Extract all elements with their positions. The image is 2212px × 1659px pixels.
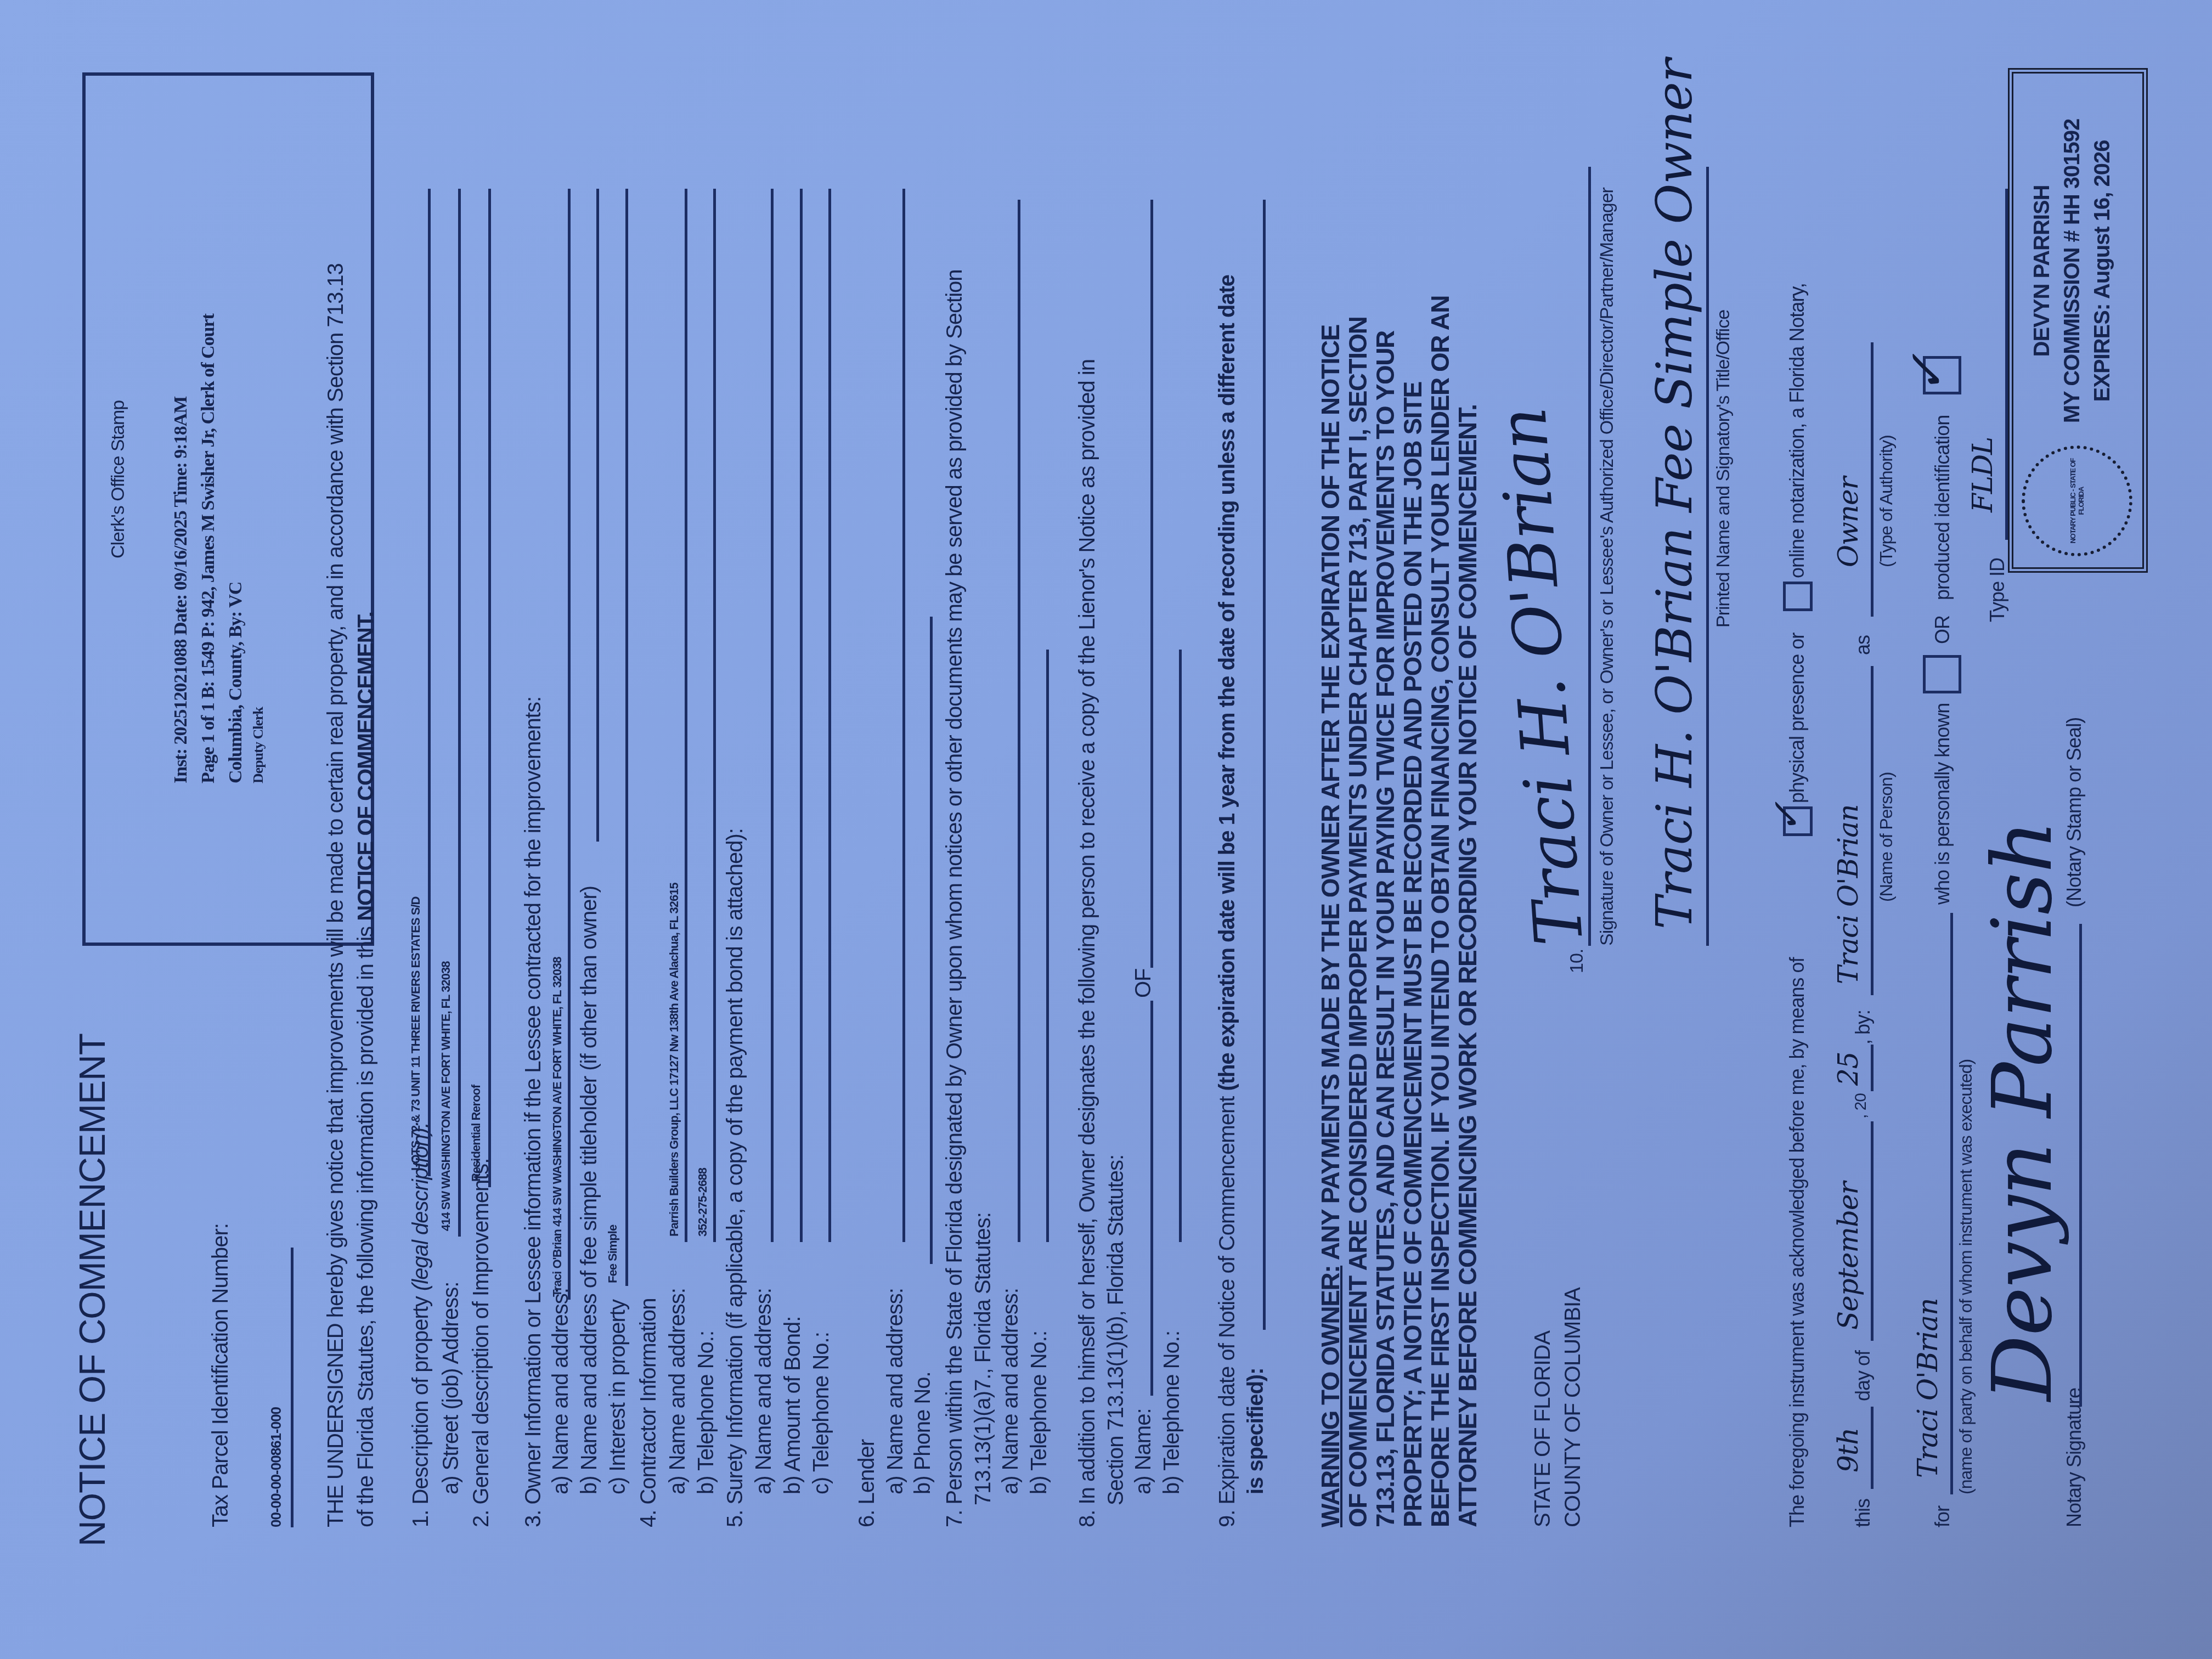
party-caption: (name of party on behalf of whom instrum… xyxy=(1956,1059,1976,1494)
clerk-stamp-heading: Clerk's Office Stamp xyxy=(108,400,129,558)
clerk-stamp-line3: Columbia, County, By: VC xyxy=(225,582,246,783)
s4b-underline xyxy=(713,189,716,1242)
printed-name-handwritten: Traci H. O'Brian Fee Simple Owner xyxy=(1646,59,1703,929)
s4a-underline xyxy=(685,189,687,1242)
s5c-underline xyxy=(828,189,831,1242)
clerk-stamp-line2: Page 1 of 1 B: 1549 P: 942, James M Swis… xyxy=(198,314,219,783)
this-label: this xyxy=(1852,1499,1875,1527)
year-value: 25 xyxy=(1832,1052,1864,1086)
document-title-upright: NOTICE OF COMMENCEMENT xyxy=(71,1034,113,1547)
personally-known-label: who is personally known xyxy=(1931,703,1954,905)
s7-label-2: 713.13(1)(a)7., Florida Statutes: xyxy=(971,1212,996,1505)
s8a-label: a) Name: xyxy=(1131,1409,1156,1495)
owner-signature: Traci H. O'Brian xyxy=(1485,405,1598,948)
notary-ack-text: The foregoing instrument was acknowledge… xyxy=(1786,957,1809,1527)
s2-value: Residential Reroof xyxy=(469,1085,483,1182)
party-underline xyxy=(1950,913,1953,1494)
for-label: for xyxy=(1931,1506,1954,1527)
s6b-underline xyxy=(930,617,933,1264)
party-value: Traci O'Brian xyxy=(1912,1299,1944,1478)
s4a-label: a) Name and address: xyxy=(665,1288,690,1494)
s6b-label: b) Phone No. xyxy=(911,1372,935,1494)
year-underline xyxy=(1871,1045,1874,1091)
s4-label: 4. Contractor Information xyxy=(636,1299,661,1527)
tax-parcel-value: 00-00-00-00861-000 xyxy=(268,1407,285,1527)
s3b-underline xyxy=(596,189,599,842)
intro-line-2: of the Florida Statutes, the following i… xyxy=(354,612,379,1527)
s5b-label: b) Amount of Bond: xyxy=(781,1317,805,1494)
s1a-underline xyxy=(458,189,461,1237)
notary-signature-line xyxy=(2079,924,2082,1407)
s7a-label: a) Name and address: xyxy=(998,1288,1023,1494)
type-id-value: FLDL xyxy=(1967,437,1999,512)
personally-known-checkbox[interactable] xyxy=(1923,655,1961,693)
online-notarization-label: online notarization, a Florida Notary, xyxy=(1786,283,1809,578)
notary-stamp: NOTARY PUBLIC - STATE OF FLORIDA DEVYN P… xyxy=(2008,68,2148,573)
authority-value: Owner xyxy=(1832,477,1864,567)
notary-stamp-caption: (Notary Stamp or Seal) xyxy=(2063,718,2086,907)
authority-caption: (Type of Authority) xyxy=(1876,435,1897,567)
day-underline xyxy=(1871,1407,1874,1489)
s8-label-2: Section 713.13(1)(b), Florida Statutes: xyxy=(1104,1155,1128,1505)
produced-id-checkbox[interactable]: ✓ xyxy=(1923,356,1961,394)
s3a-label: a) Name and address: xyxy=(549,1288,573,1494)
state-label: STATE OF FLORIDA xyxy=(1531,1331,1555,1527)
clerk-stamp-line1: Inst: 202512021088 Date: 09/16/2025 Time… xyxy=(171,397,191,783)
notary-signature-label: Notary Signature xyxy=(2063,1388,2086,1527)
person-caption: (Name of Person) xyxy=(1876,772,1897,902)
s5a-underline xyxy=(771,189,774,1242)
s4b-label: b) Telephone No.: xyxy=(694,1331,719,1494)
s6a-underline xyxy=(902,189,905,1242)
person-underline xyxy=(1871,666,1874,995)
as-label: as xyxy=(1852,635,1875,655)
s1-underline xyxy=(428,189,431,1176)
day-value: 9th xyxy=(1832,1428,1864,1472)
printed-name-line xyxy=(1706,167,1709,946)
s5-label: 5. Surety Information (if applicable, a … xyxy=(723,828,748,1527)
s2-underline xyxy=(488,189,491,1187)
s6-label: 6. Lender xyxy=(855,1440,879,1527)
stamp-commission: MY COMMISSION # HH 301592 xyxy=(2060,101,2085,441)
stamp-name: DEVYN PARRISH xyxy=(2030,117,2055,425)
item-10-number: 10. xyxy=(1566,949,1588,973)
printed-name-caption: Printed Name and Signatory's Title/Offic… xyxy=(1713,310,1734,628)
physical-presence-label: physical presence or xyxy=(1786,633,1809,803)
s8a-of: OF xyxy=(1131,968,1156,998)
s3a-underline xyxy=(568,189,571,1300)
s8b-underline xyxy=(1179,650,1182,1242)
s5a-label: a) Name and address: xyxy=(752,1288,776,1494)
type-id-label: Type ID xyxy=(1986,558,2009,622)
intro-line-1: THE UNDERSIGNED hereby gives notice that… xyxy=(324,263,348,1527)
s3c-underline xyxy=(625,189,628,1286)
notary-signature: Devyn Parrish xyxy=(1975,821,2070,1401)
s3c-value: Fee Simple xyxy=(606,1225,620,1283)
s1a-label: a) Street (job) Address: xyxy=(439,1282,464,1494)
person-value: Traci O'Brian xyxy=(1832,805,1864,984)
s8-label-1: 8. In addition to himself or herself, Ow… xyxy=(1075,359,1100,1527)
s1a-value: 414 SW WASHINGTON AVE FORT WHITE, FL 320… xyxy=(439,962,453,1231)
s3a-value: Traci O'Brian 414 SW WASHINGTON AVE FORT… xyxy=(550,957,565,1297)
s5c-label: c) Telephone No.: xyxy=(809,1332,834,1494)
s1-value: LOTS 72 & 73 UNIT 11 THREE RIVERS ESTATE… xyxy=(409,897,423,1171)
s8b-label: b) Telephone No.: xyxy=(1160,1331,1184,1494)
s4a-value: Parrish Builders Group, LLC 17127 Nw 138… xyxy=(667,883,681,1237)
day-of-label: day of xyxy=(1852,1351,1875,1401)
county-label: COUNTY OF COLUMBIA xyxy=(1561,1288,1585,1527)
s9-label: 9. Expiration date of Notice of Commence… xyxy=(1215,275,1240,1527)
s7b-label: b) Telephone No.: xyxy=(1027,1331,1052,1494)
warning-to-owner: WARNING TO OWNER: ANY PAYMENTS MADE BY T… xyxy=(1317,293,1481,1527)
s7a-underline xyxy=(1018,200,1020,1242)
s3c-label: c) Interest in property xyxy=(606,1300,630,1494)
produced-id-label: produced identification xyxy=(1931,415,1954,600)
s4b-value: 352-275-2688 xyxy=(696,1168,710,1237)
s8a-underline-left xyxy=(1150,1001,1153,1396)
s3-label: 3. Owner Information or Lessee informati… xyxy=(521,697,546,1527)
month-underline xyxy=(1871,1121,1874,1341)
s7b-underline xyxy=(1046,650,1049,1242)
s3b-label: b) Name and address of fee simple titleh… xyxy=(577,886,602,1494)
s8a-underline-right xyxy=(1150,200,1153,968)
s5b-underline xyxy=(800,189,803,1242)
physical-presence-checkbox[interactable]: ✓ xyxy=(1783,806,1813,836)
notary-seal-icon: NOTARY PUBLIC - STATE OF FLORIDA xyxy=(2022,445,2132,556)
month-value: September xyxy=(1832,1182,1864,1330)
year-prefix: , 20 xyxy=(1852,1093,1870,1119)
stamp-expires: EXPIRES: August 16, 2026 xyxy=(2090,101,2115,441)
or-label: OR xyxy=(1931,616,1954,644)
s2-label: 2. General description of Improvements: xyxy=(469,1159,494,1527)
s9-label-cont: is specified): xyxy=(1244,1368,1268,1494)
s9-underline xyxy=(1263,200,1266,1330)
online-notarization-checkbox[interactable] xyxy=(1783,582,1813,611)
by-label: , by: xyxy=(1852,1010,1875,1045)
checkmark-icon: ✓ xyxy=(1764,801,1809,833)
authority-underline xyxy=(1871,342,1874,617)
s6a-label: a) Name and address: xyxy=(883,1288,908,1494)
owner-signature-caption: Signature of Owner or Lessee, or Owner's… xyxy=(1596,188,1618,946)
clerk-stamp-line4: Deputy Clerk xyxy=(250,707,267,783)
checkmark-icon: ✓ xyxy=(1898,353,1956,394)
owner-signature-line xyxy=(1588,167,1591,946)
s1-label: 1. Description of property (legal descri… xyxy=(409,1122,433,1527)
s7-label-1: 7. Person within the State of Florida de… xyxy=(943,269,967,1527)
notice-of-commencement-sheet: NOTICE OF COMMENCEMENT NOTICE OF COMMENC… xyxy=(0,0,2212,1659)
tax-parcel-underline xyxy=(291,1248,294,1527)
tax-parcel-label: Tax Parcel Identification Number: xyxy=(208,1223,233,1527)
